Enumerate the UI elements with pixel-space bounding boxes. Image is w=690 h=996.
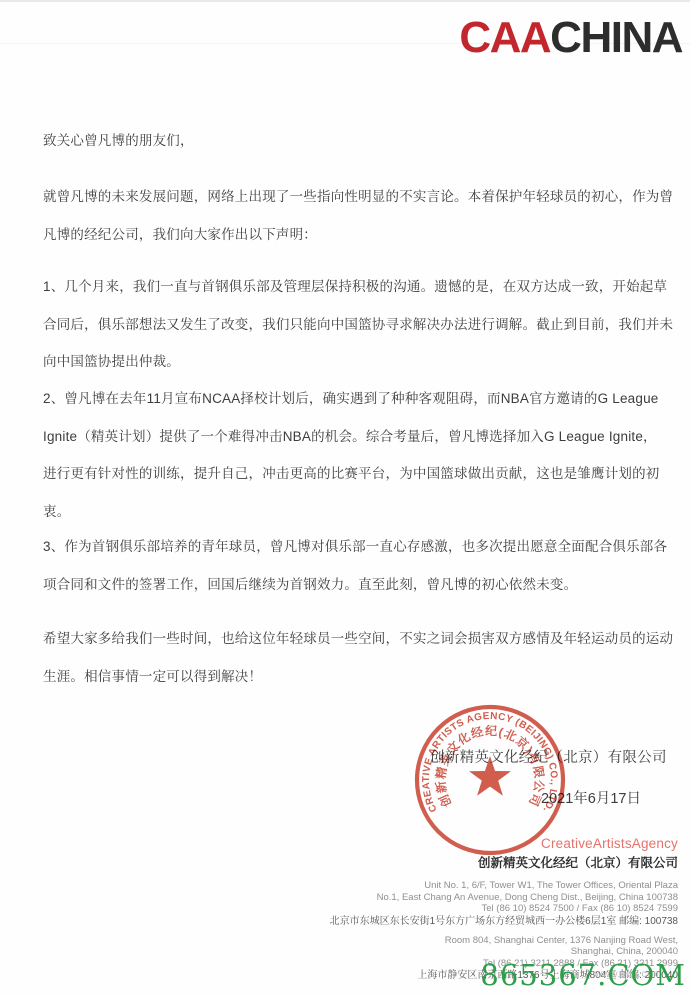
address-line: Room 804, Shanghai Center, 1376 Nanjing … <box>330 935 678 947</box>
paragraph-line: 生涯。相信事情一定可以得到解决！ <box>43 658 655 696</box>
paragraph-line: 衷。 <box>43 493 655 531</box>
address-line: No.1, East Chang An Avenue, Dong Cheng D… <box>330 892 678 904</box>
paragraph-line: 向中国篮协提出仲裁。 <box>43 343 655 381</box>
letter-greeting: 致关心曾凡博的朋友们， <box>43 122 655 160</box>
scan-artifact-line <box>0 0 690 2</box>
paragraph-point-2: 2、曾凡博在去年11月宣布NCAA择校计划后，确实遇到了种种客观阻碍，而NBA官… <box>43 380 655 530</box>
address-line: Tel (86 10) 8524 7500 / Fax (86 10) 8524… <box>330 903 678 915</box>
footer-beijing-address: Unit No. 1, 6/F, Tower W1, The Tower Off… <box>330 880 678 928</box>
paragraph-line: 合同后，俱乐部想法又发生了改变，我们只能向中国篮协寻求解决办法进行调解。截止到目… <box>43 306 655 344</box>
paragraph-point-1: 1、几个月来，我们一直与首钢俱乐部及管理层保持积极的沟通。遗憾的是，在双方达成一… <box>43 268 655 381</box>
caa-china-logo: CAACHINA <box>459 16 682 60</box>
footer-caa-wordmark: CreativeArtistsAgency <box>330 836 678 851</box>
paragraph-line: 就曾凡博的未来发展问题，网络上出现了一些指向性明显的不实言论。本着保护年轻球员的… <box>43 178 655 216</box>
address-line: 北京市东城区东长安街1号东方广场东方经贸城西一办公楼6层1室 邮编: 10073… <box>330 915 678 928</box>
paragraph-line: 1、几个月来，我们一直与首钢俱乐部及管理层保持积极的沟通。遗憾的是，在双方达成一… <box>43 268 655 306</box>
paragraph-line: 2、曾凡博在去年11月宣布NCAA择校计划后，确实遇到了种种客观阻碍，而NBA官… <box>43 380 655 418</box>
paragraph-line: 项合同和文件的签署工作，回国后继续为首钢效力。直至此刻，曾凡博的初心依然未变。 <box>43 566 655 604</box>
greeting-line: 致关心曾凡博的朋友们， <box>43 122 655 160</box>
paragraph-line: 3、作为首钢俱乐部培养的青年球员，曾凡博对俱乐部一直心存感激，也多次提出愿意全面… <box>43 528 655 566</box>
paragraph-intro: 就曾凡博的未来发展问题，网络上出现了一些指向性明显的不实言论。本着保护年轻球员的… <box>43 178 655 253</box>
logo-china-text: CHINA <box>550 13 682 62</box>
document-page: CAACHINA 致关心曾凡博的朋友们， 就曾凡博的未来发展问题，网络上出现了一… <box>0 0 690 996</box>
footer-company-name: 创新精英文化经纪（北京）有限公司 <box>330 853 678 871</box>
paragraph-line: 希望大家多给我们一些时间，也给这位年轻球员一些空间，不实之词会损害双方感情及年轻… <box>43 620 655 658</box>
address-line: Unit No. 1, 6/F, Tower W1, The Tower Off… <box>330 880 678 892</box>
paragraph-line: 凡博的经纪公司，我们向大家作出以下声明： <box>43 216 655 254</box>
paragraph-line: 进行更有针对性的训练，提升自己，冲击更高的比赛平台，为中国篮球做出贡献，这也是雏… <box>43 455 655 493</box>
paragraph-point-3: 3、作为首钢俱乐部培养的青年球员，曾凡博对俱乐部一直心存感激，也多次提出愿意全面… <box>43 528 655 603</box>
logo-caa-text: CAA <box>459 13 550 62</box>
paragraph-closing: 希望大家多给我们一些时间，也给这位年轻球员一些空间，不实之词会损害双方感情及年轻… <box>43 620 655 695</box>
stamp-star-icon <box>469 756 511 796</box>
paragraph-line: Ignite（精英计划）提供了一个难得冲击NBA的机会。综合考量后，曾凡博选择加… <box>43 418 655 456</box>
address-line: Shanghai, China, 200040 <box>330 946 678 958</box>
watermark-site-overlay: 865367.COM <box>480 958 686 992</box>
